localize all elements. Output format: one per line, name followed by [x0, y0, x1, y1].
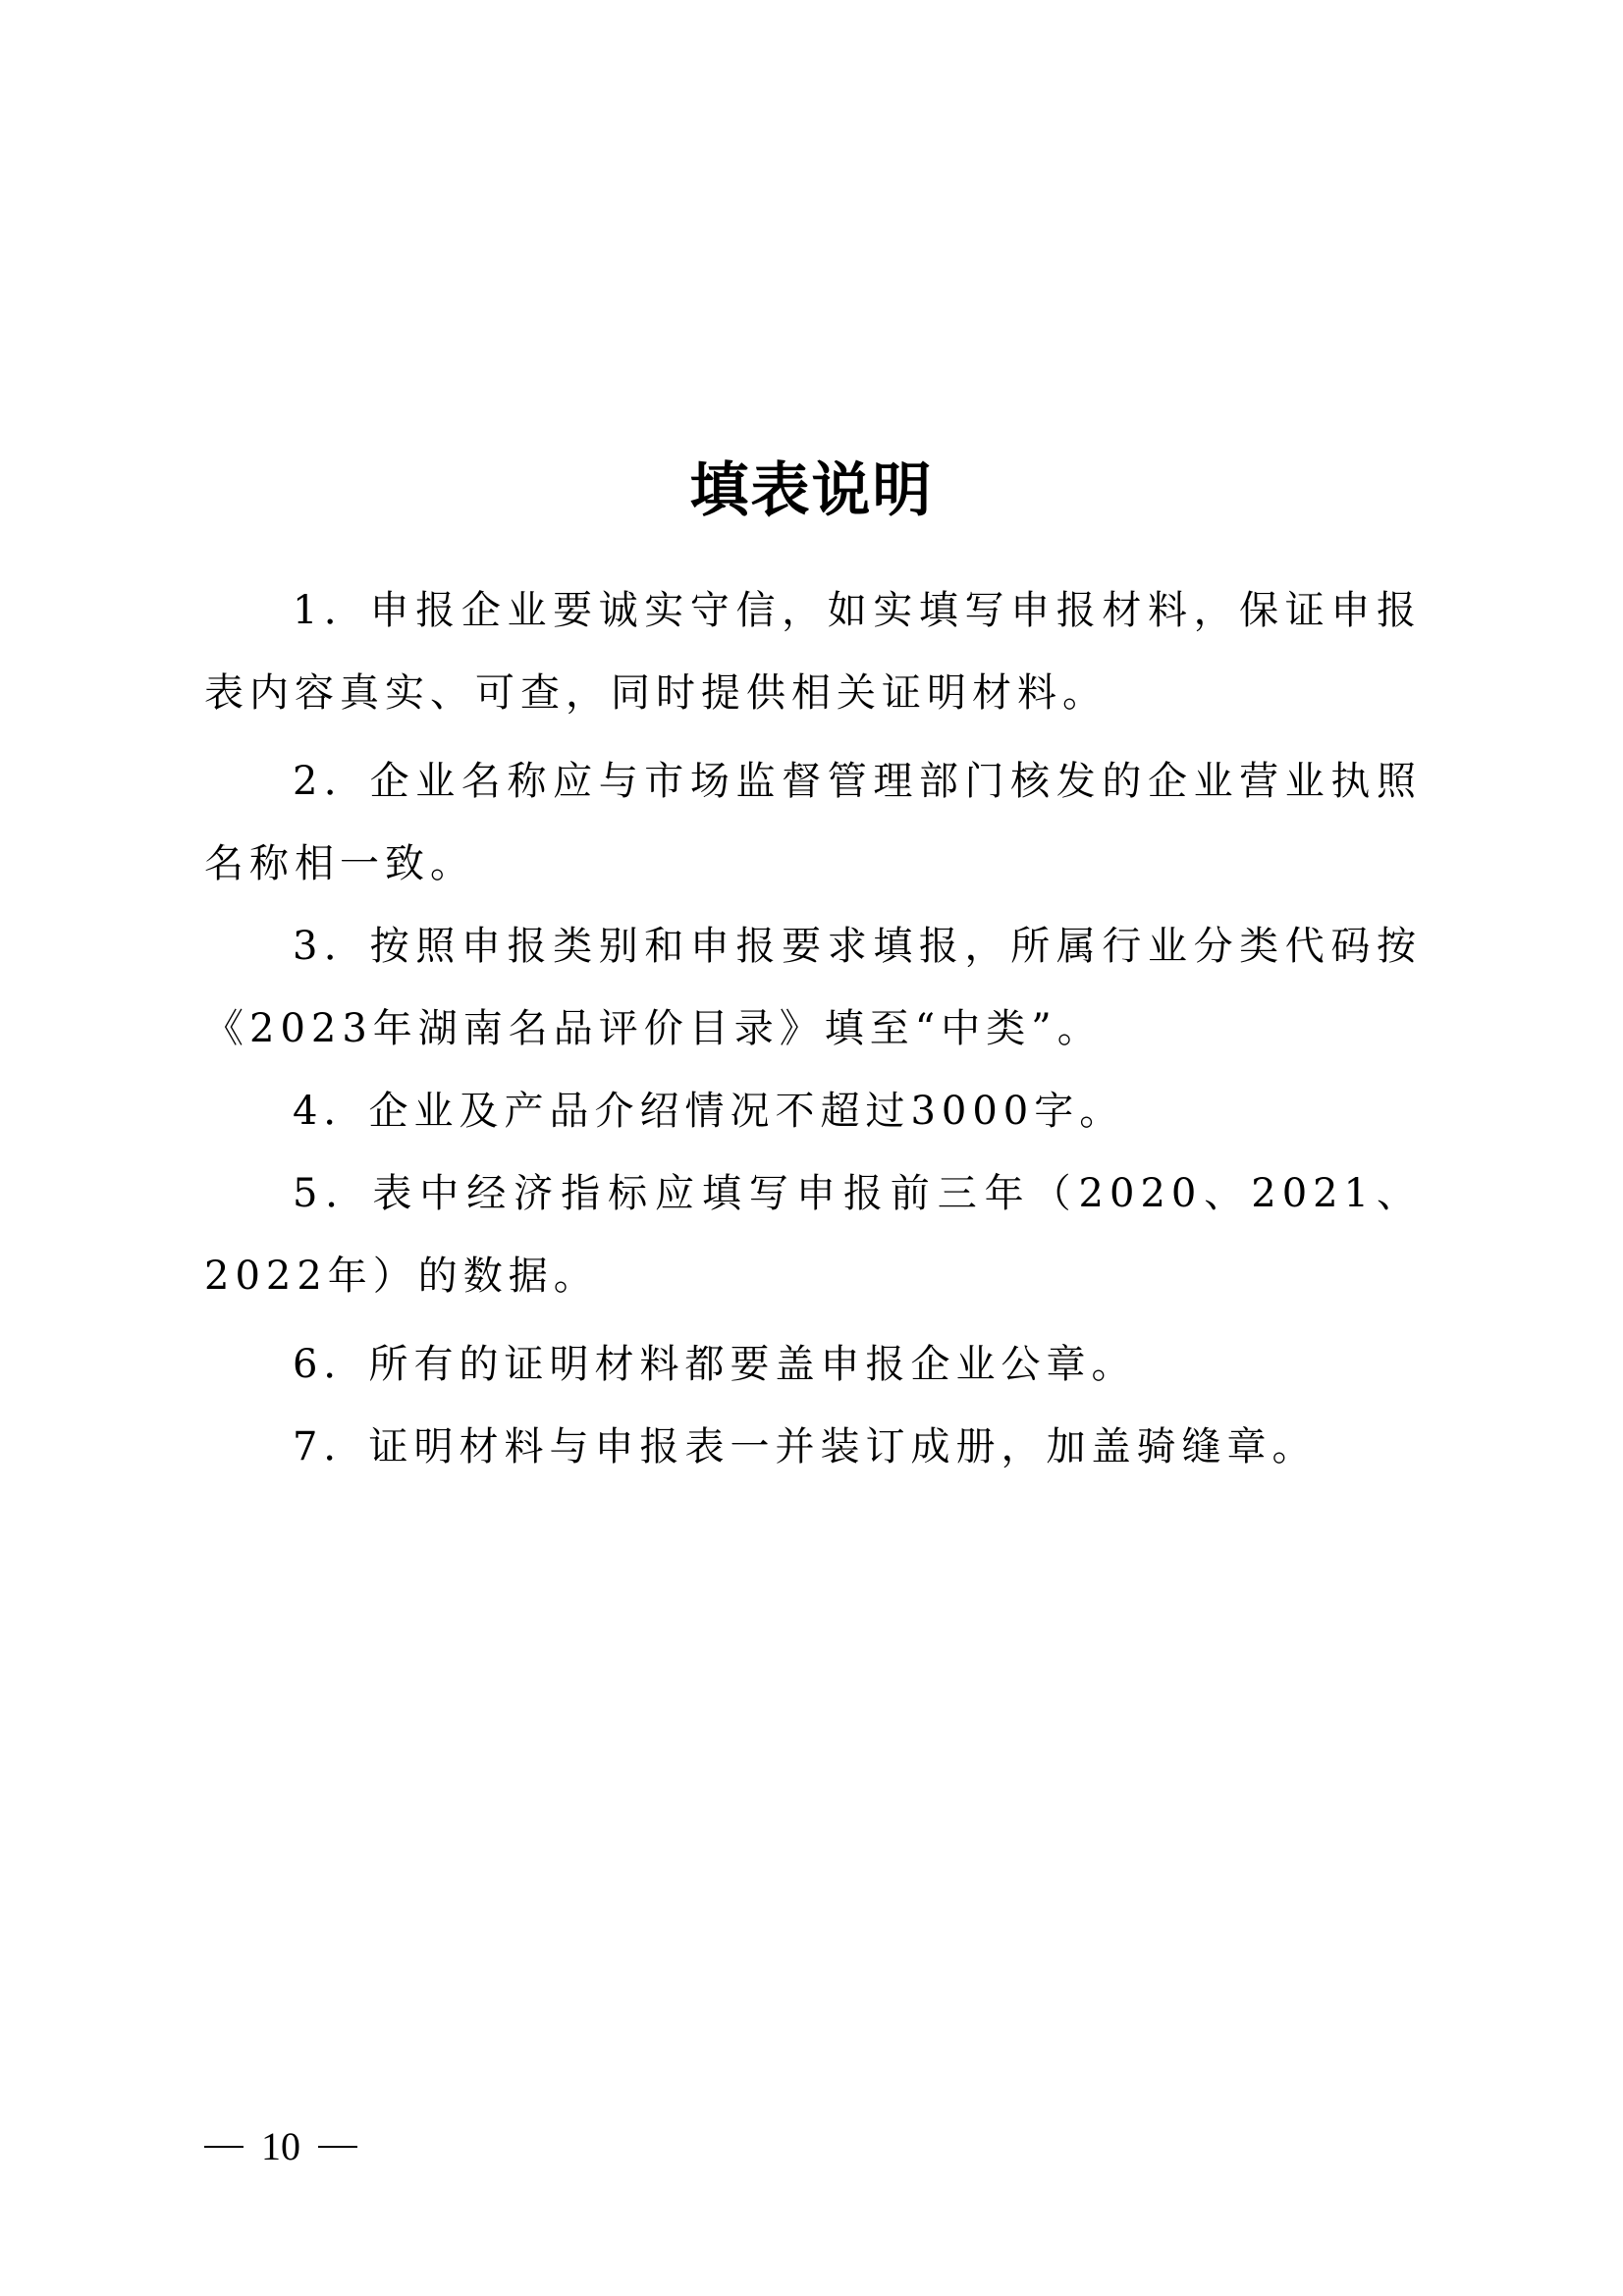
page-title: 填表说明 — [0, 452, 1623, 530]
instructions-list: 1．申报企业要诚实守信，如实填写申报材料，保证申报表内容真实、可查，同时提供相关… — [204, 569, 1422, 1488]
page-number: 10 — [261, 2122, 300, 2171]
dash-left-icon — [204, 2146, 243, 2148]
instruction-item-4: 4．企业及产品介绍情况不超过3000字。 — [204, 1070, 1422, 1152]
instruction-item-5: 5．表中经济指标应填写申报前三年（2020、2021、2022年）的数据。 — [204, 1152, 1422, 1317]
instruction-item-3: 3．按照申报类别和申报要求填报，所属行业分类代码按《2023年湖南名品评价目录》… — [204, 905, 1422, 1070]
page-footer: 10 — [204, 2122, 357, 2171]
instruction-item-2: 2．企业名称应与市场监督管理部门核发的企业营业执照名称相一致。 — [204, 740, 1422, 905]
instruction-item-7: 7．证明材料与申报表一并装订成册，加盖骑缝章。 — [204, 1406, 1422, 1488]
dash-right-icon — [318, 2146, 357, 2148]
instruction-item-1: 1．申报企业要诚实守信，如实填写申报材料，保证申报表内容真实、可查，同时提供相关… — [204, 569, 1422, 734]
instruction-item-6: 6．所有的证明材料都要盖申报企业公章。 — [204, 1323, 1422, 1406]
